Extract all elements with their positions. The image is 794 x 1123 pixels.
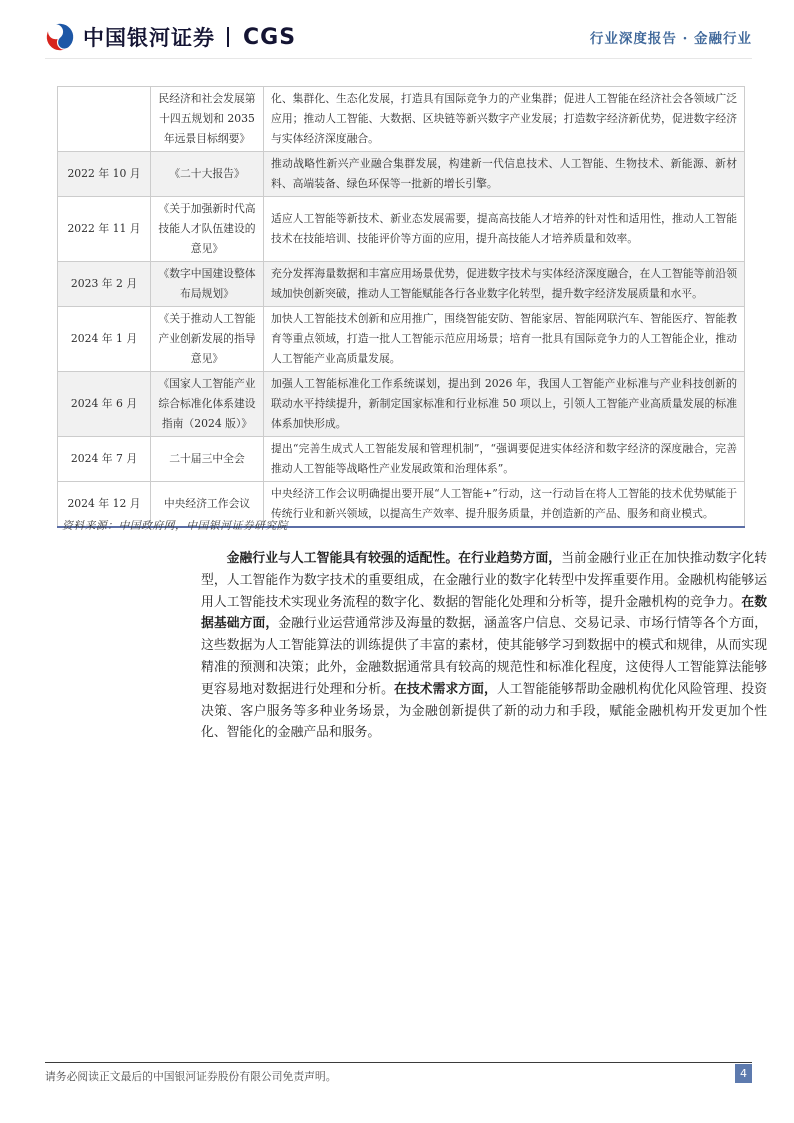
policy-desc-cell: 适应人工智能等新技术、新业态发展需要，提高高技能人才培养的针对性和适用性，推动人…: [264, 197, 745, 262]
policy-name-cell: 《关于加强新时代高技能人才队伍建设的意见》: [151, 197, 264, 262]
table-row: 2024 年 1 月 《关于推动人工智能产业创新发展的指导意见》 加快人工智能技…: [58, 307, 745, 372]
page-number-badge: 4: [735, 1064, 752, 1083]
policy-desc-cell: 推动战略性新兴产业融合集群发展，构建新一代信息技术、人工智能、生物技术、新能源、…: [264, 152, 745, 197]
policy-date-cell: 2022 年 11 月: [58, 197, 151, 262]
policy-date-cell: 2022 年 10 月: [58, 152, 151, 197]
report-type-title: 行业深度报告 · 金融行业: [590, 27, 752, 47]
policy-desc-cell: 充分发挥海量数据和丰富应用场景优势，促进数字技术与实体经济深度融合，在人工智能等…: [264, 262, 745, 307]
policy-desc-cell: 中央经济工作会议明确提出要开展“人工智能+”行动，这一行动旨在将人工智能的技术优…: [264, 482, 745, 528]
policy-desc-cell: 加快人工智能技术创新和应用推广，围绕智能安防、智能家居、智能网联汽车、智能医疗、…: [264, 307, 745, 372]
policy-table-body: 民经济和社会发展第十四五规划和 2035 年远景目标纲要》 化、集群化、生态化发…: [58, 87, 745, 528]
table-row: 2024 年 7 月 二十届三中全会 提出“完善生成式人工智能发展和管理机制”，…: [58, 437, 745, 482]
table-row: 2022 年 10 月 《二十大报告》 推动战略性新兴产业融合集群发展，构建新一…: [58, 152, 745, 197]
policy-name-cell: 《二十大报告》: [151, 152, 264, 197]
policy-name-cell: 二十届三中全会: [151, 437, 264, 482]
logo-divider: [227, 27, 229, 47]
policy-date-cell: 2024 年 6 月: [58, 372, 151, 437]
policy-name-cell: 《关于推动人工智能产业创新发展的指导意见》: [151, 307, 264, 372]
page-header: 中国银河证券 CGS 行业深度报告 · 金融行业: [45, 18, 752, 56]
source-note: 资料来源：中国政府网，中国银河证券研究院: [62, 518, 288, 533]
policy-desc-cell: 化、集群化、生态化发展，打造具有国际竞争力的产业集群；促进人工智能在经济社会各领…: [264, 87, 745, 152]
logo-text-cn: 中国银河证券: [83, 22, 215, 52]
header-divider-line: [45, 58, 752, 59]
policy-date-cell: [58, 87, 151, 152]
company-logo: 中国银河证券 CGS: [45, 22, 296, 52]
footer-disclaimer: 请务必阅读正文最后的中国银河证券股份有限公司免责声明。: [45, 1069, 337, 1084]
policy-date-cell: 2023 年 2 月: [58, 262, 151, 307]
table-row: 民经济和社会发展第十四五规划和 2035 年远景目标纲要》 化、集群化、生态化发…: [58, 87, 745, 152]
body-paragraph: 金融行业与人工智能具有较强的适配性。在行业趋势方面，当前金融行业正在加快推动数字…: [201, 548, 767, 744]
paragraph-segment: 在技术需求方面，: [394, 682, 497, 697]
table-row: 2024 年 6 月 《国家人工智能产业综合标准化体系建设指南（2024 版）》…: [58, 372, 745, 437]
table-row: 2022 年 11 月 《关于加强新时代高技能人才队伍建设的意见》 适应人工智能…: [58, 197, 745, 262]
policy-name-cell: 《数字中国建设整体布局规划》: [151, 262, 264, 307]
policy-table: 民经济和社会发展第十四五规划和 2035 年远景目标纲要》 化、集群化、生态化发…: [57, 86, 745, 528]
policy-name-cell: 民经济和社会发展第十四五规划和 2035 年远景目标纲要》: [151, 87, 264, 152]
table-row: 2023 年 2 月 《数字中国建设整体布局规划》 充分发挥海量数据和丰富应用场…: [58, 262, 745, 307]
policy-date-cell: 2024 年 1 月: [58, 307, 151, 372]
policy-name-cell: 《国家人工智能产业综合标准化体系建设指南（2024 版）》: [151, 372, 264, 437]
galaxy-swirl-icon: [45, 22, 75, 52]
footer-divider-line: [45, 1062, 752, 1063]
paragraph-segment: 金融行业与人工智能具有较强的适配性。在行业趋势方面，: [227, 551, 562, 566]
policy-desc-cell: 加强人工智能标准化工作系统谋划，提出到 2026 年，我国人工智能产业标准与产业…: [264, 372, 745, 437]
policy-desc-cell: 提出“完善生成式人工智能发展和管理机制”，“强调要促进实体经济和数字经济的深度融…: [264, 437, 745, 482]
policy-date-cell: 2024 年 7 月: [58, 437, 151, 482]
report-page: 中国银河证券 CGS 行业深度报告 · 金融行业 民经济和社会发展第十四五规划和…: [0, 0, 794, 1123]
logo-text-en: CGS: [243, 25, 296, 50]
